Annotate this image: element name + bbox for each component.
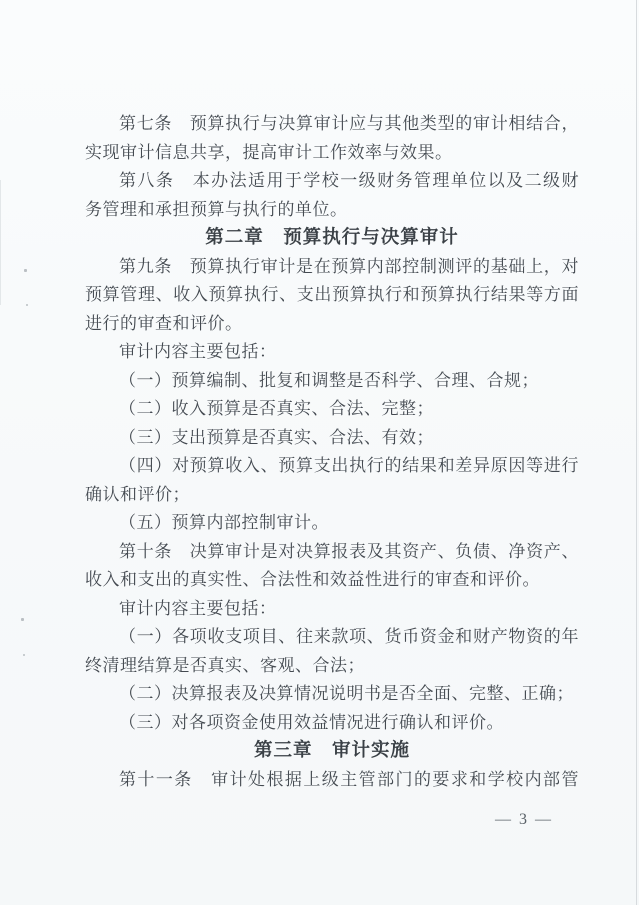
text-line: 第九条 预算执行审计是在预算内部控制测评的基础上，对 (85, 253, 579, 282)
text-line: 第十一条 审计处根据上级主管部门的要求和学校内部管 (85, 766, 579, 795)
chapter-heading: 第二章 预算执行与决算审计 (85, 224, 579, 253)
text-line: （四）对预算收入、预算支出执行的结果和差异原因等进行 (85, 452, 579, 481)
text-line: 终清理结算是否真实、客观、合法； (85, 652, 579, 681)
text-line: 收入和支出的真实性、合法性和效益性进行的审查和评价。 (85, 566, 579, 595)
text-line: 第十条 决算审计是对决算报表及其资产、负债、净资产、 (85, 538, 579, 567)
text-line: 审计内容主要包括： (85, 595, 579, 624)
scan-speck (26, 304, 28, 306)
text-line: 务管理和承担预算与执行的单位。 (85, 196, 579, 225)
document-body: 第七条 预算执行与决算审计应与其他类型的审计相结合，实现审计信息共享，提高审计工… (85, 110, 579, 835)
scan-edge-line-left (0, 180, 1, 305)
text-line: （一）各项收支项目、往来款项、货币资金和财产物资的年 (85, 623, 579, 652)
page-number: — 3 — (85, 806, 579, 835)
scan-speck (24, 269, 27, 272)
text-line: （二）收入预算是否真实、合法、完整； (85, 395, 579, 424)
text-line: （一）预算编制、批复和调整是否科学、合理、合规； (85, 367, 579, 396)
text-line: 确认和评价； (85, 481, 579, 510)
scan-edge-line (636, 0, 637, 905)
text-line: 预算管理、收入预算执行、支出预算执行和预算执行结果等方面 (85, 281, 579, 310)
text-line: （三）对各项资金使用效益情况进行确认和评价。 (85, 709, 579, 738)
text-line: （三）支出预算是否真实、合法、有效； (85, 424, 579, 453)
chapter-heading: 第三章 审计实施 (85, 737, 579, 766)
text-line: 第七条 预算执行与决算审计应与其他类型的审计相结合， (85, 110, 579, 139)
text-line: （五）预算内部控制审计。 (85, 509, 579, 538)
text-line: 审计内容主要包括： (85, 338, 579, 367)
document-page: 第七条 预算执行与决算审计应与其他类型的审计相结合，实现审计信息共享，提高审计工… (0, 0, 639, 905)
scan-speck (23, 654, 25, 656)
text-line: （二）决算报表及决算情况说明书是否全面、完整、正确； (85, 680, 579, 709)
text-line: 实现审计信息共享，提高审计工作效率与效果。 (85, 139, 579, 168)
scan-speck (21, 618, 24, 621)
text-line: 第八条 本办法适用于学校一级财务管理单位以及二级财 (85, 167, 579, 196)
text-line: 进行的审查和评价。 (85, 310, 579, 339)
